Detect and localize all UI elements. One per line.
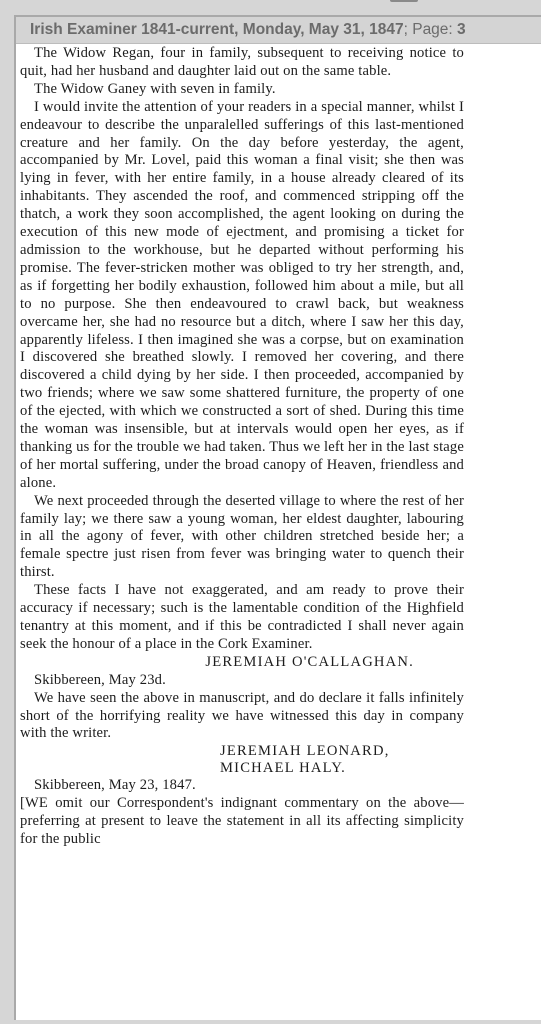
newspaper-clipping: The Widow Regan, four in family, subsequ… xyxy=(20,45,464,849)
paragraph-deserted-village: We next proceeded through the deserted v… xyxy=(20,493,464,583)
signature-leonard: JEREMIAH LEONARD, xyxy=(20,743,464,760)
paragraph-attestation: We have seen the above in manuscript, an… xyxy=(20,690,464,744)
page-number: 3 xyxy=(457,21,466,38)
publication-title: Irish Examiner 1841-current, Monday, May… xyxy=(30,21,404,38)
place-date-2: Skibbereen, May 23, 1847. xyxy=(20,777,464,795)
paragraph-widow-ganey: The Widow Ganey with seven in family. xyxy=(20,81,464,99)
paragraph-facts: These facts I have not exaggerated, and … xyxy=(20,582,464,654)
signature-haly: MICHAEL HALY. xyxy=(20,760,464,777)
clipping-header: Irish Examiner 1841-current, Monday, May… xyxy=(16,17,541,44)
paragraph-widow-regan: The Widow Regan, four in family, subsequ… xyxy=(20,45,464,81)
bottom-edge xyxy=(0,1020,541,1024)
clipping-viewer: Irish Examiner 1841-current, Monday, May… xyxy=(14,15,541,1020)
scroll-handle[interactable] xyxy=(390,0,418,2)
signature-ocallaghan: JEREMIAH O'CALLAGHAN. xyxy=(20,654,464,672)
paragraph-main-account: I would invite the attention of your rea… xyxy=(20,99,464,493)
editor-note: [WE omit our Correspondent's indignant c… xyxy=(20,795,464,849)
place-date-1: Skibbereen, May 23d. xyxy=(20,672,464,690)
page-label: Page: xyxy=(408,21,457,38)
